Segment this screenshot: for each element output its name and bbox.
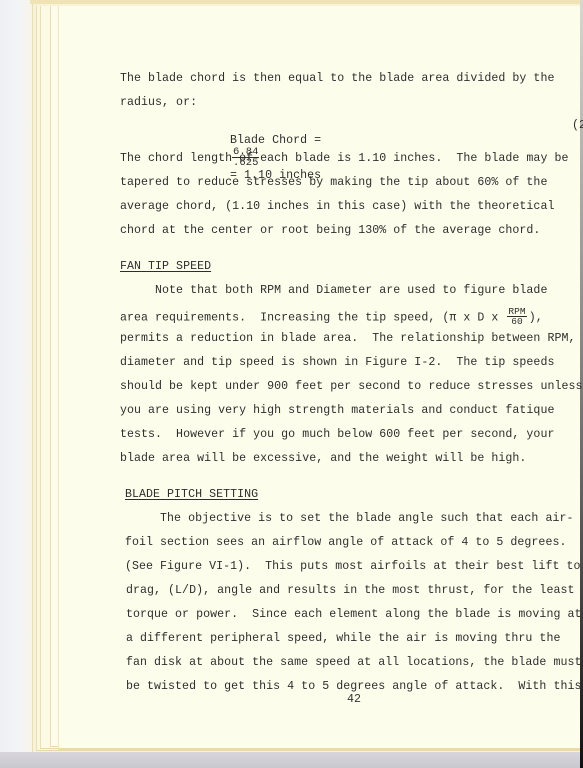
fraction-denominator: 60 [507,317,526,326]
paragraph-line: be twisted to get this 4 to 5 degrees an… [126,680,581,694]
line-text: ), [529,312,543,325]
equation-number: (2 [572,119,583,132]
paragraph-line: torque or power. Since each element alon… [126,608,581,622]
paragraph-line: chord at the center or root being 130% o… [120,224,540,238]
paragraph-line: drag, (L/D), angle and results in the mo… [126,584,574,598]
paragraph-line: The objective is to set the blade angle … [125,512,573,526]
paragraph-line: average chord, (1.10 inches in this case… [120,200,554,214]
tip-speed-formula-line: area requirements. Increasing the tip sp… [120,308,543,327]
paragraph-line: permits a reduction in blade area. The r… [120,332,575,346]
section-heading-blade-pitch-setting: BLADE PITCH SETTING [125,488,258,502]
paragraph-line: tapered to reduce stresses by making the… [120,176,547,190]
page-number: 42 [347,693,361,706]
paragraph-line: tests. However if you go much below 600 … [120,428,554,442]
paragraph-line: diameter and tip speed is shown in Figur… [120,356,554,370]
paragraph-line: Note that both RPM and Diameter are used… [120,284,547,298]
line-text: area requirements. Increasing the tip sp… [120,312,498,325]
scan-background-bottom [0,752,583,768]
paragraph-line: blade area will be excessive, and the we… [120,452,526,466]
section-heading-fan-tip-speed: FAN TIP SPEED [120,260,211,274]
paragraph-line: fan disk at about the same speed at all … [126,656,581,670]
paragraph-line: radius, or: [120,96,197,110]
paragraph-line: (See Figure VI-1). This puts most airfoi… [125,560,580,574]
paragraph-line: The blade chord is then equal to the bla… [120,72,554,86]
rpm-over-60-fraction: RPM60 [507,307,526,326]
paragraph-line: a different peripheral speed, while the … [126,632,560,646]
paragraph-line: should be kept under 900 feet per second… [120,380,583,394]
paragraph-line: foil section sees an airflow angle of at… [125,536,566,550]
paragraph-line: The chord length of each blade is 1.10 i… [120,152,568,166]
scan-background-left [0,0,32,768]
paragraph-line: you are using very high strength materia… [120,404,554,418]
